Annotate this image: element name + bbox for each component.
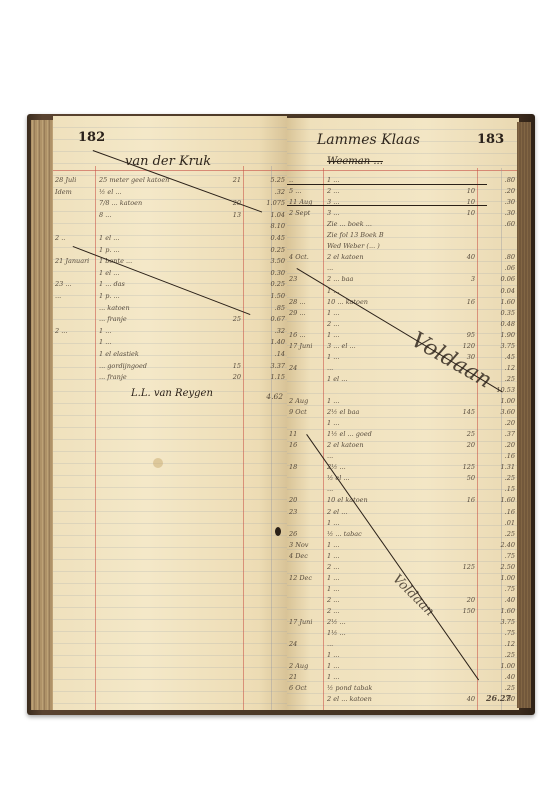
entry-amount: 0.06 bbox=[485, 275, 515, 283]
entry-unit-price: 20 bbox=[455, 441, 475, 449]
entry-amount: 1.50 bbox=[255, 292, 285, 300]
entry-unit-price: 10 bbox=[455, 209, 475, 217]
entry-amount: .60 bbox=[485, 220, 515, 228]
entry-date: .. bbox=[289, 176, 293, 184]
entry-date: 28 Juli bbox=[55, 176, 76, 184]
entry-description: 1 ... bbox=[327, 176, 339, 184]
entry-amount: .15 bbox=[485, 485, 515, 493]
page-total: 26.27 bbox=[475, 693, 511, 703]
entry-amount: 3.75 bbox=[485, 618, 515, 626]
page-edges-right bbox=[517, 122, 531, 708]
entry-description: 1 ... bbox=[327, 519, 339, 527]
entry-amount: .20 bbox=[485, 419, 515, 427]
entry-amount: 1.075 bbox=[255, 199, 285, 207]
entry-description: 7/8 ... katoen bbox=[99, 199, 142, 207]
qty-column-rule bbox=[477, 168, 478, 710]
entry-amount: 0.30 bbox=[255, 269, 285, 277]
entry-unit-price: 16 bbox=[455, 496, 475, 504]
entry-description: 1 ... bbox=[99, 338, 111, 346]
entry-date: 12 Dec bbox=[289, 574, 312, 582]
entry-description: ½ pond tabak bbox=[327, 684, 372, 692]
entry-date: 2 Aug bbox=[289, 662, 308, 670]
header-rule bbox=[287, 170, 519, 171]
entry-amount: 3.37 bbox=[255, 362, 285, 370]
entry-description: ... bbox=[327, 264, 333, 272]
entry-description: Wed Weber (... ) bbox=[327, 242, 380, 250]
entry-date: 21 Januari bbox=[55, 257, 89, 265]
left-page: 182 van der Kruk 28 Juli25 meter geel ka… bbox=[53, 116, 287, 710]
entry-unit-price: 21 bbox=[221, 176, 241, 184]
entry-amount: .45 bbox=[485, 353, 515, 361]
entry-amount: 3.50 bbox=[255, 257, 285, 265]
entry-description: 2 ... bbox=[327, 607, 339, 615]
account-name: Lammes Klaas bbox=[317, 132, 420, 148]
entry-date: 17 Juni bbox=[289, 342, 312, 350]
entry-date: 3 Nov bbox=[289, 541, 308, 549]
entry-description: 1 ... bbox=[327, 585, 339, 593]
entry-description: 1 ... bbox=[327, 574, 339, 582]
entry-amount: .80 bbox=[485, 176, 515, 184]
entry-amount: .25 bbox=[485, 530, 515, 538]
date-column-rule bbox=[95, 166, 96, 710]
entry-date: 23 ... bbox=[55, 280, 72, 288]
entry-amount: .75 bbox=[485, 585, 515, 593]
entry-description: 2 ... baa bbox=[327, 275, 353, 283]
entry-description: 1 ... bbox=[327, 541, 339, 549]
entry-date: 17 Juni bbox=[289, 618, 312, 626]
entry-unit-price: 120 bbox=[455, 342, 475, 350]
entry-description: 1½ el ... goed bbox=[327, 430, 372, 438]
entry-amount: .16 bbox=[485, 508, 515, 516]
entry-description: 1 ... bbox=[327, 662, 339, 670]
entry-amount: 1.60 bbox=[485, 607, 515, 615]
entry-description: 1 ... bbox=[327, 651, 339, 659]
entry-unit-price: 25 bbox=[221, 315, 241, 323]
entry-date: 4 Dec bbox=[289, 552, 308, 560]
entry-description: 1 ... bbox=[99, 327, 111, 335]
ink-blot bbox=[275, 527, 281, 536]
entry-unit-price: 50 bbox=[455, 474, 475, 482]
entry-description: 1 p. ... bbox=[99, 246, 120, 254]
entry-amount: .20 bbox=[485, 187, 515, 195]
entry-amount: .30 bbox=[485, 198, 515, 206]
entry-amount: .01 bbox=[485, 519, 515, 527]
entry-description: 2 el katoen bbox=[327, 253, 364, 261]
entry-date: 21 bbox=[289, 673, 297, 681]
entry-description: ½ el ... bbox=[99, 188, 122, 196]
entry-amount: 1.40 bbox=[255, 338, 285, 346]
cancellation-stroke bbox=[287, 205, 487, 206]
entry-description: Zie ... boek ... bbox=[327, 220, 372, 228]
entry-description: 1½ ... bbox=[327, 629, 346, 637]
entry-unit-price: 10 bbox=[455, 187, 475, 195]
entry-date: 26 bbox=[289, 530, 297, 538]
entry-date: 29 ... bbox=[289, 309, 306, 317]
entry-unit-price: 20 bbox=[221, 373, 241, 381]
entry-amount: .37 bbox=[485, 430, 515, 438]
entry-description: 25 meter geel katoen bbox=[99, 176, 169, 184]
entry-amount: 0.25 bbox=[255, 246, 285, 254]
entry-amount: .06 bbox=[485, 264, 515, 272]
entry-date: 28 ... bbox=[289, 298, 306, 306]
entry-date: 2 Aug bbox=[289, 397, 308, 405]
entry-date: ... bbox=[55, 292, 61, 300]
paper-stain bbox=[153, 458, 163, 468]
entry-description: 1 ... das bbox=[99, 280, 125, 288]
entry-description: 2 ... bbox=[327, 596, 339, 604]
entry-date: 23 bbox=[289, 508, 297, 516]
entry-amount: .32 bbox=[255, 327, 285, 335]
entry-amount: .40 bbox=[485, 596, 515, 604]
entry-amount: 1.60 bbox=[485, 298, 515, 306]
entry-amount: .75 bbox=[485, 552, 515, 560]
entry-amount: .80 bbox=[485, 253, 515, 261]
entry-unit-price: 16 bbox=[455, 298, 475, 306]
entry-amount: 8.10 bbox=[255, 222, 285, 230]
entry-description: 3 ... bbox=[327, 209, 339, 217]
entry-date: 11 bbox=[289, 430, 297, 438]
entry-description: 1 el ... bbox=[99, 269, 119, 277]
entry-amount: 1.15 bbox=[255, 373, 285, 381]
entry-amount: .75 bbox=[485, 629, 515, 637]
entry-amount: .32 bbox=[255, 188, 285, 196]
entry-description: 1 el ... bbox=[327, 375, 347, 383]
entry-date: 2 Sept bbox=[289, 209, 310, 217]
entry-date: 18 bbox=[289, 463, 297, 471]
entry-description: 1 ... bbox=[327, 353, 339, 361]
entry-description: 3 ... el ... bbox=[327, 342, 356, 350]
entry-date: Idem bbox=[55, 188, 72, 196]
entry-description: 2½ ... bbox=[327, 618, 346, 626]
entry-description: 2½ el baa bbox=[327, 408, 359, 416]
entry-amount: 0.04 bbox=[485, 287, 515, 295]
entry-description: ... katoen bbox=[99, 304, 130, 312]
entry-amount: 2.40 bbox=[485, 541, 515, 549]
ledger-book: 182 van der Kruk 28 Juli25 meter geel ka… bbox=[27, 110, 535, 715]
page-number: 183 bbox=[477, 132, 504, 147]
signature: L.L. van Reygen bbox=[131, 388, 213, 399]
entry-description: 2 ... bbox=[327, 563, 339, 571]
entry-unit-price: 150 bbox=[455, 607, 475, 615]
entry-description: 1 ... bbox=[327, 673, 339, 681]
entry-unit-price: 13 bbox=[221, 211, 241, 219]
entry-description: Zie fol 13 Boek B bbox=[327, 231, 384, 239]
entry-unit-price: 95 bbox=[455, 331, 475, 339]
entry-date: 6 Oct bbox=[289, 684, 307, 692]
entry-description: 2 ... bbox=[327, 187, 339, 195]
entry-date: 24 bbox=[289, 640, 297, 648]
entry-amount: .14 bbox=[255, 350, 285, 358]
entry-description: 1 el ... bbox=[99, 234, 119, 242]
entry-amount: 3.75 bbox=[485, 342, 515, 350]
entry-unit-price: 40 bbox=[455, 253, 475, 261]
entry-description: 8 ... bbox=[99, 211, 111, 219]
account-subtitle: Weeman ... bbox=[327, 156, 383, 167]
entry-amount: 0.35 bbox=[485, 309, 515, 317]
entry-description: 1 ... bbox=[327, 419, 339, 427]
entry-description: 1 ... bbox=[327, 397, 339, 405]
entry-amount: .25 bbox=[485, 684, 515, 692]
entry-date: 20 bbox=[289, 496, 297, 504]
entry-description: ½ ... tabac bbox=[327, 530, 362, 538]
entry-description: ... franje bbox=[99, 373, 127, 381]
entry-description: 1 p. ... bbox=[99, 292, 120, 300]
page-total: 4.62 bbox=[251, 392, 283, 401]
entry-unit-price: 15 bbox=[221, 362, 241, 370]
page-edges-left bbox=[31, 120, 55, 710]
entry-amount: 2.50 bbox=[485, 563, 515, 571]
entry-description: 2 ... bbox=[327, 320, 339, 328]
entry-amount: 0.25 bbox=[255, 280, 285, 288]
entry-description: ... bbox=[327, 485, 333, 493]
entry-description: ... bbox=[327, 452, 333, 460]
right-page: 183 Lammes Klaas Weeman ... ..1 ....805 … bbox=[287, 118, 519, 710]
entry-date: 23 bbox=[289, 275, 297, 283]
entry-amount: 0.48 bbox=[485, 320, 515, 328]
entry-description: ... bbox=[327, 640, 333, 648]
entry-unit-price: 25 bbox=[455, 430, 475, 438]
entry-date: 9 Oct bbox=[289, 408, 307, 416]
entry-date: 2 ... bbox=[55, 327, 67, 335]
page-number: 182 bbox=[78, 130, 105, 145]
entry-amount: 0.45 bbox=[255, 234, 285, 242]
entry-amount: .85 bbox=[255, 304, 285, 312]
entry-amount: .12 bbox=[485, 640, 515, 648]
entry-description: 2 el ... katoen bbox=[327, 695, 372, 703]
entry-amount: 1.00 bbox=[485, 574, 515, 582]
date-column-rule bbox=[323, 168, 324, 710]
entry-date: 2 .. bbox=[55, 234, 65, 242]
entry-unit-price: 125 bbox=[455, 563, 475, 571]
entry-amount: 1.60 bbox=[485, 496, 515, 504]
entry-description: ... bbox=[327, 364, 333, 372]
entry-description: ... franje bbox=[99, 315, 127, 323]
entry-description: 1 el elastiek bbox=[99, 350, 139, 358]
entry-amount: .20 bbox=[485, 441, 515, 449]
entry-amount: .25 bbox=[485, 651, 515, 659]
entry-description: 1 ... bbox=[327, 331, 339, 339]
qty-column-rule bbox=[243, 166, 244, 710]
entry-description: 1 ... bbox=[327, 309, 339, 317]
entry-unit-price: 125 bbox=[455, 463, 475, 471]
entry-date: 16 bbox=[289, 441, 297, 449]
entry-unit-price: 3 bbox=[455, 275, 475, 283]
entry-amount: .40 bbox=[485, 673, 515, 681]
entry-date: 24 bbox=[289, 364, 297, 372]
entry-amount: 1.00 bbox=[485, 662, 515, 670]
entry-amount: 5.25 bbox=[255, 176, 285, 184]
entry-amount: 0.67 bbox=[255, 315, 285, 323]
entry-description: ... gordijngoed bbox=[99, 362, 147, 370]
entry-date: 16 ... bbox=[289, 331, 306, 339]
entry-amount: 3.60 bbox=[485, 408, 515, 416]
entry-amount: .30 bbox=[485, 209, 515, 217]
entry-amount: 1.00 bbox=[485, 397, 515, 405]
entry-date: 4 Oct. bbox=[289, 253, 309, 261]
entry-amount: 1.90 bbox=[485, 331, 515, 339]
entry-date: 5 ... bbox=[289, 187, 301, 195]
header-rule bbox=[53, 170, 287, 171]
entry-description: 1 ... bbox=[327, 552, 339, 560]
entry-amount: 1.31 bbox=[485, 463, 515, 471]
entry-description: 10 el katoen bbox=[327, 496, 368, 504]
cancellation-stroke bbox=[287, 184, 487, 185]
entry-unit-price: 20 bbox=[455, 596, 475, 604]
entry-description: 2 el ... bbox=[327, 508, 347, 516]
entry-amount: .16 bbox=[485, 452, 515, 460]
entry-unit-price: 40 bbox=[455, 695, 475, 703]
entry-unit-price: 145 bbox=[455, 408, 475, 416]
entry-description: 2 el katoen bbox=[327, 441, 364, 449]
entry-amount: .25 bbox=[485, 474, 515, 482]
